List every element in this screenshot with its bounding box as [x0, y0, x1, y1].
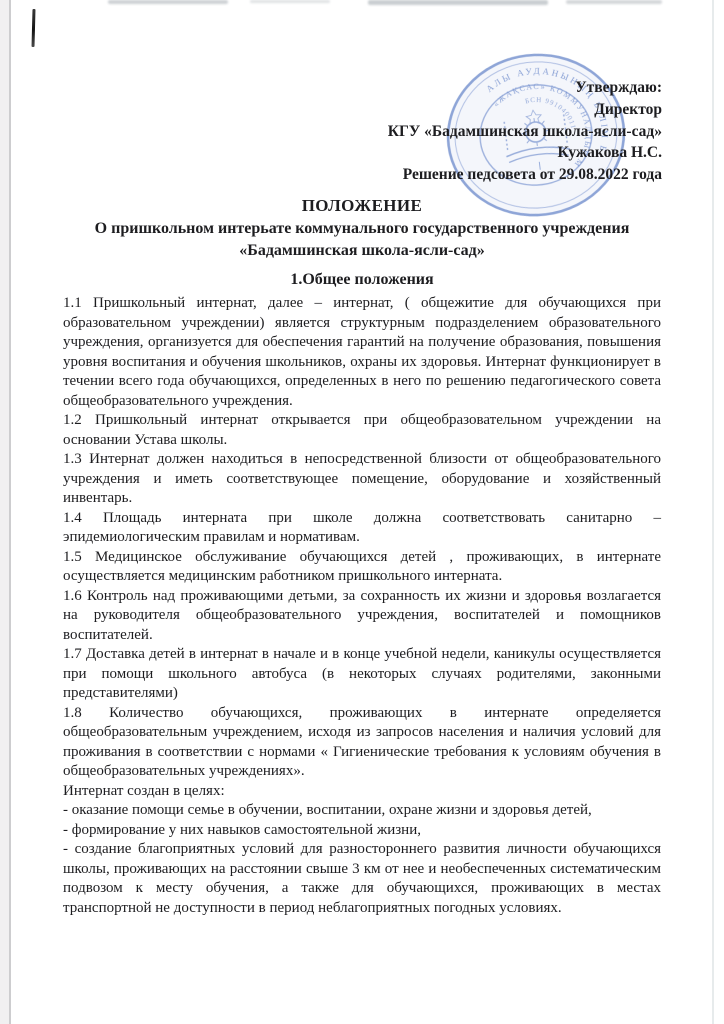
approval-line: Директор	[60, 99, 662, 121]
scan-top-artifact	[108, 0, 228, 4]
document-subtitle-line1: О пришкольном интерьате коммунального го…	[0, 218, 724, 240]
paragraph: 1.7 Доставка детей в интернат в начале и…	[63, 645, 661, 704]
paragraph: 1.8 Количество обучающихся, проживающих …	[63, 704, 661, 782]
approval-line: Кужакова Н.С.	[60, 142, 662, 164]
document-subtitle-line2: «Бадамшинская школа-ясли-сад»	[0, 240, 724, 262]
scan-left-edge-band	[0, 0, 9, 1024]
approval-block: Утверждаю:ДиректорКГУ «Бадамшинская школ…	[60, 77, 662, 186]
paragraph: Интернат создан в целях:	[63, 782, 661, 802]
scan-top-artifact	[250, 0, 330, 3]
paragraph: 1.5 Медицинское обслуживание обучающихся…	[63, 548, 661, 587]
title-block: ПОЛОЖЕНИЕ О пришкольном интерьате коммун…	[0, 194, 724, 263]
paragraph: - оказание помощи семье в обучении, восп…	[63, 801, 661, 821]
document-body: 1.1 Пришкольный интернат, далее – интерн…	[63, 294, 661, 918]
paragraph: 1.4 Площадь интерната при школе должна с…	[63, 509, 661, 548]
scan-top-artifact	[566, 0, 662, 4]
approval-line: Утверждаю:	[60, 77, 662, 99]
scan-top-artifact	[368, 0, 548, 5]
paragraph: - формирование у них навыков самостоятел…	[63, 821, 661, 841]
paragraph: 1.1 Пришкольный интернат, далее – интерн…	[63, 294, 661, 411]
scan-left-edge-line	[9, 0, 11, 1024]
pen-mark-artifact	[32, 9, 36, 47]
document-title: ПОЛОЖЕНИЕ	[0, 194, 724, 218]
approval-line: КГУ «Бадамшинская школа-ясли-сад»	[60, 121, 662, 143]
paragraph: 1.2 Пришкольный интернат открывается при…	[63, 411, 661, 450]
document-page: АЛЫ АУДАНЫНЫҢ БІЛІМ Б «ЖАҚСАС» КОММУНАЛД…	[0, 0, 724, 1024]
paragraph: - создание благоприятных условий для раз…	[63, 840, 661, 918]
section-heading: 1.Общее положения	[0, 271, 724, 289]
scan-right-edge-line	[712, 0, 714, 1024]
paragraph: 1.6 Контроль над проживающими детьми, за…	[63, 587, 661, 646]
approval-line: Решение педсовета от 29.08.2022 года	[60, 164, 662, 186]
paragraph: 1.3 Интернат должен находиться в непосре…	[63, 450, 661, 509]
